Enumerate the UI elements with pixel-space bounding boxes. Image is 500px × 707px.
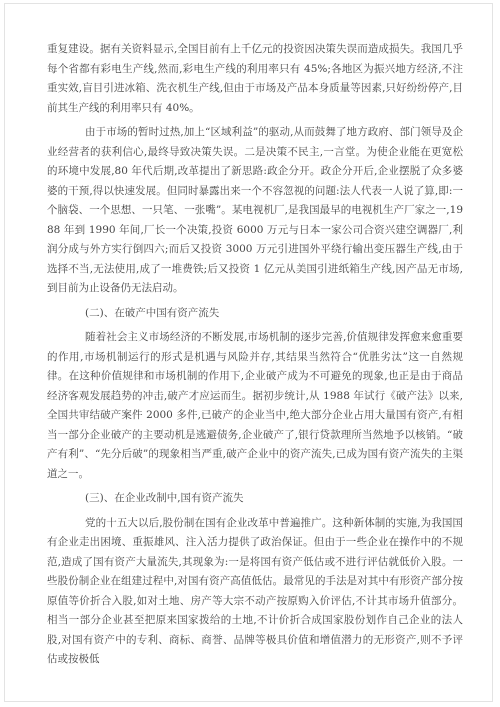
paragraph: 由于市场的暂时过热,加上“区域利益”的驱动,从而鼓舞了地方政府、部门领导及企业经… <box>47 123 463 299</box>
paragraph: 重复建设。据有关资料显示,全国目前有上千亿元的投资因决策失误而造成损失。我国几乎… <box>47 40 463 118</box>
document-body: 重复建设。据有关资料显示,全国目前有上千亿元的投资因决策失误而造成损失。我国几乎… <box>47 40 463 675</box>
paragraph: 随着社会主义市场经济的不断发展,市场机制的逐步完善,价值规律发挥愈来愈重要的作用… <box>47 328 463 484</box>
section-heading: (二)、在破产中国有资产流失 <box>47 304 463 324</box>
paragraph: 党的十五大以后,股份制在国有企业改革中普遍推广。这种新体制的实施,为我国国有企业… <box>47 514 463 670</box>
section-heading: (三)、在企业改制中,国有资产流失 <box>47 489 463 509</box>
